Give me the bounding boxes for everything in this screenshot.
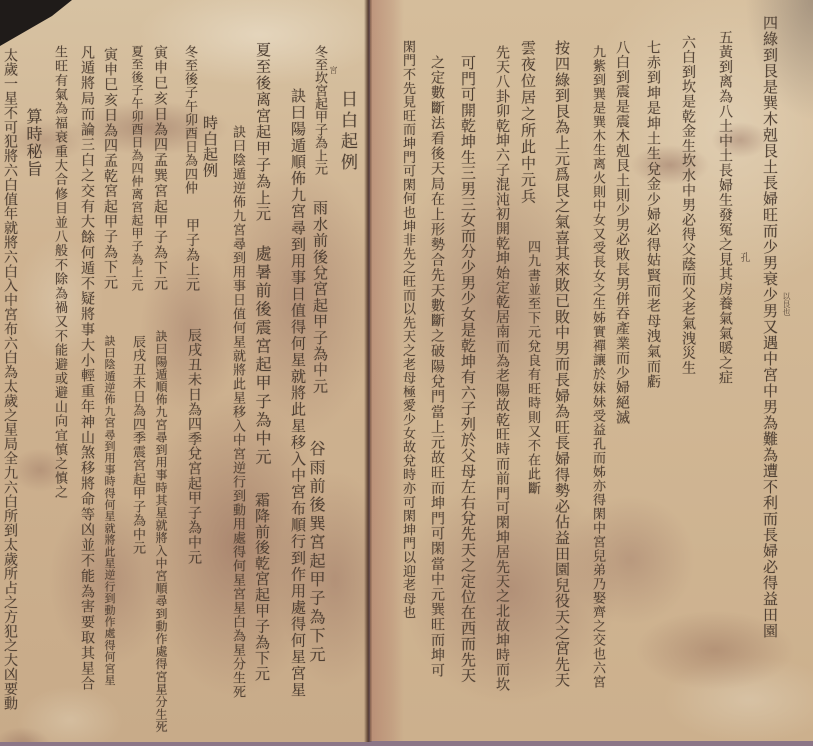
text-column: 訣曰陰遁逆佈九宮尋到用事日值何星就將此星移入中宮逆行到動用處得何星宮星白為星分生… — [231, 125, 244, 699]
text-column: 辰戌丑未日為四季兌宮起甲子為中元 — [187, 328, 201, 565]
text-column: 甲子為上元 — [185, 218, 199, 292]
text-column: 訣曰陽遁順佈九宮尋到用事時其星就將入中宮順尋到動作處得宮星分生死 — [155, 330, 167, 733]
text-column: 辰戌丑未日為四季震宮起甲子為中元 — [131, 335, 144, 555]
margin-annotation: 宮 — [329, 66, 337, 74]
heading-hour-white: 時白起例 — [202, 115, 217, 178]
book-spine — [364, 0, 372, 742]
text-column: 訣曰陽遁順佈九宮尋到用事日值得何星就將此星移入中宮布順行到作用處得何星宮星 — [290, 88, 305, 699]
text-column: 雲夜位居之所此中元兵 — [520, 40, 535, 205]
text-column: 生旺有氣為福衰重大合修目並八般不除為禍又不能避或避山向宜慎之慎之 — [53, 45, 66, 499]
text-column: 雨水前後兌宮起甲子為中元 — [312, 200, 327, 394]
text-column: 五黃到离為八土中土長婦生發冤之見其房養氣氣暖之症 — [718, 30, 732, 385]
text-column: 閑門不先見旺而坤門可閑何也坤非先之旺而以先天之老母極愛少女故兌時亦可閑坤門以迎老… — [401, 40, 414, 620]
text-column: 九紫到巽是巽木生离火則中女又受長女之生姊實禪讓於妹妹受益孔而姊亦得閑中宮兒弟乃娶… — [591, 45, 604, 689]
text-column: 先天八卦卯乾坤六子混沌初開乾坤始定乾居南而為老陽故乾旺時而前門可閑坤居先天之北故… — [495, 45, 509, 692]
text-column: 凡遁將局而論三白之交有大餘何遁不疑將事大小輕重年神山煞移將命等凶並不能為害要取其… — [80, 45, 94, 692]
heading-day-white: 日白起例 — [338, 90, 355, 174]
margin-annotation: 孔 — [738, 252, 748, 262]
margin-annotation: 以艮也 — [782, 292, 790, 316]
text-column: 七赤到坤是坤土生兌金少婦必得姑賢而老母洩氣而虧 — [646, 40, 660, 390]
text-column: 六白到坎是乾金生坎水中男必得父蔭而父老氣洩災生 — [681, 35, 695, 375]
text-column: 按四綠到艮為上元爲艮之氣喜其來敗已敗中男而長婦為旺長婦得勢必佔益田園兒役天之宮先… — [554, 40, 569, 688]
text-column: 寅申巳亥日為四孟巽宮起甲子為下元 — [153, 45, 167, 291]
text-column: 夏至後离宮起甲子為上元 — [255, 42, 270, 222]
text-column: 夏至後子午卯酉日為四仲离宮起甲子為上元 — [131, 45, 143, 292]
text-column: 四綠到艮是巽木剋艮土長婦旺而少男衰少男又遇中宮中男為難為遭不利而長婦必得益田園 — [762, 15, 777, 639]
text-column: 八白到震是震木剋艮土則少男必敗長男併吞產業而少婦絕滅 — [615, 40, 629, 425]
text-column: 冬至坎宮起甲子為上元 — [313, 45, 326, 175]
text-column: 訣曰陰遁逆佈九宮尋到用事時得何星就將此星逆行到動作處得何宮星 — [104, 335, 115, 686]
text-column: 冬至後子午卯酉日為四仲 — [183, 45, 196, 195]
text-column: 寅申巳亥日為四孟乾宮起甲子為下元 — [103, 47, 117, 290]
text-column: 霜降前後乾宮起甲子為下元 — [254, 492, 269, 682]
text-column: 之定數斷法看後天局在上形勢合先天數斷之破陽兌門當上元故旺而坤門可閑當中元巽旺而坤… — [430, 55, 444, 678]
text-column: 四九書並至下元兌良有旺時則又不在此斷 — [526, 240, 539, 496]
text-column: 處暑前後震宮起甲子為中元 — [254, 245, 270, 467]
heading-secret-hour: 算時秘旨 — [25, 108, 41, 178]
text-column: 可門可開乾坤生三男三女而分少男少女是乾坤有六子列於父母左右兌先天之定位在西而先天 — [460, 55, 475, 683]
text-column: 谷雨前後巽宮起甲子為下元 — [308, 440, 324, 664]
text-column: 太歲一星不可犯將六白值年就將六白入中宮布六白為太歲之星局全九六白所到太歲所占之方… — [3, 48, 17, 710]
